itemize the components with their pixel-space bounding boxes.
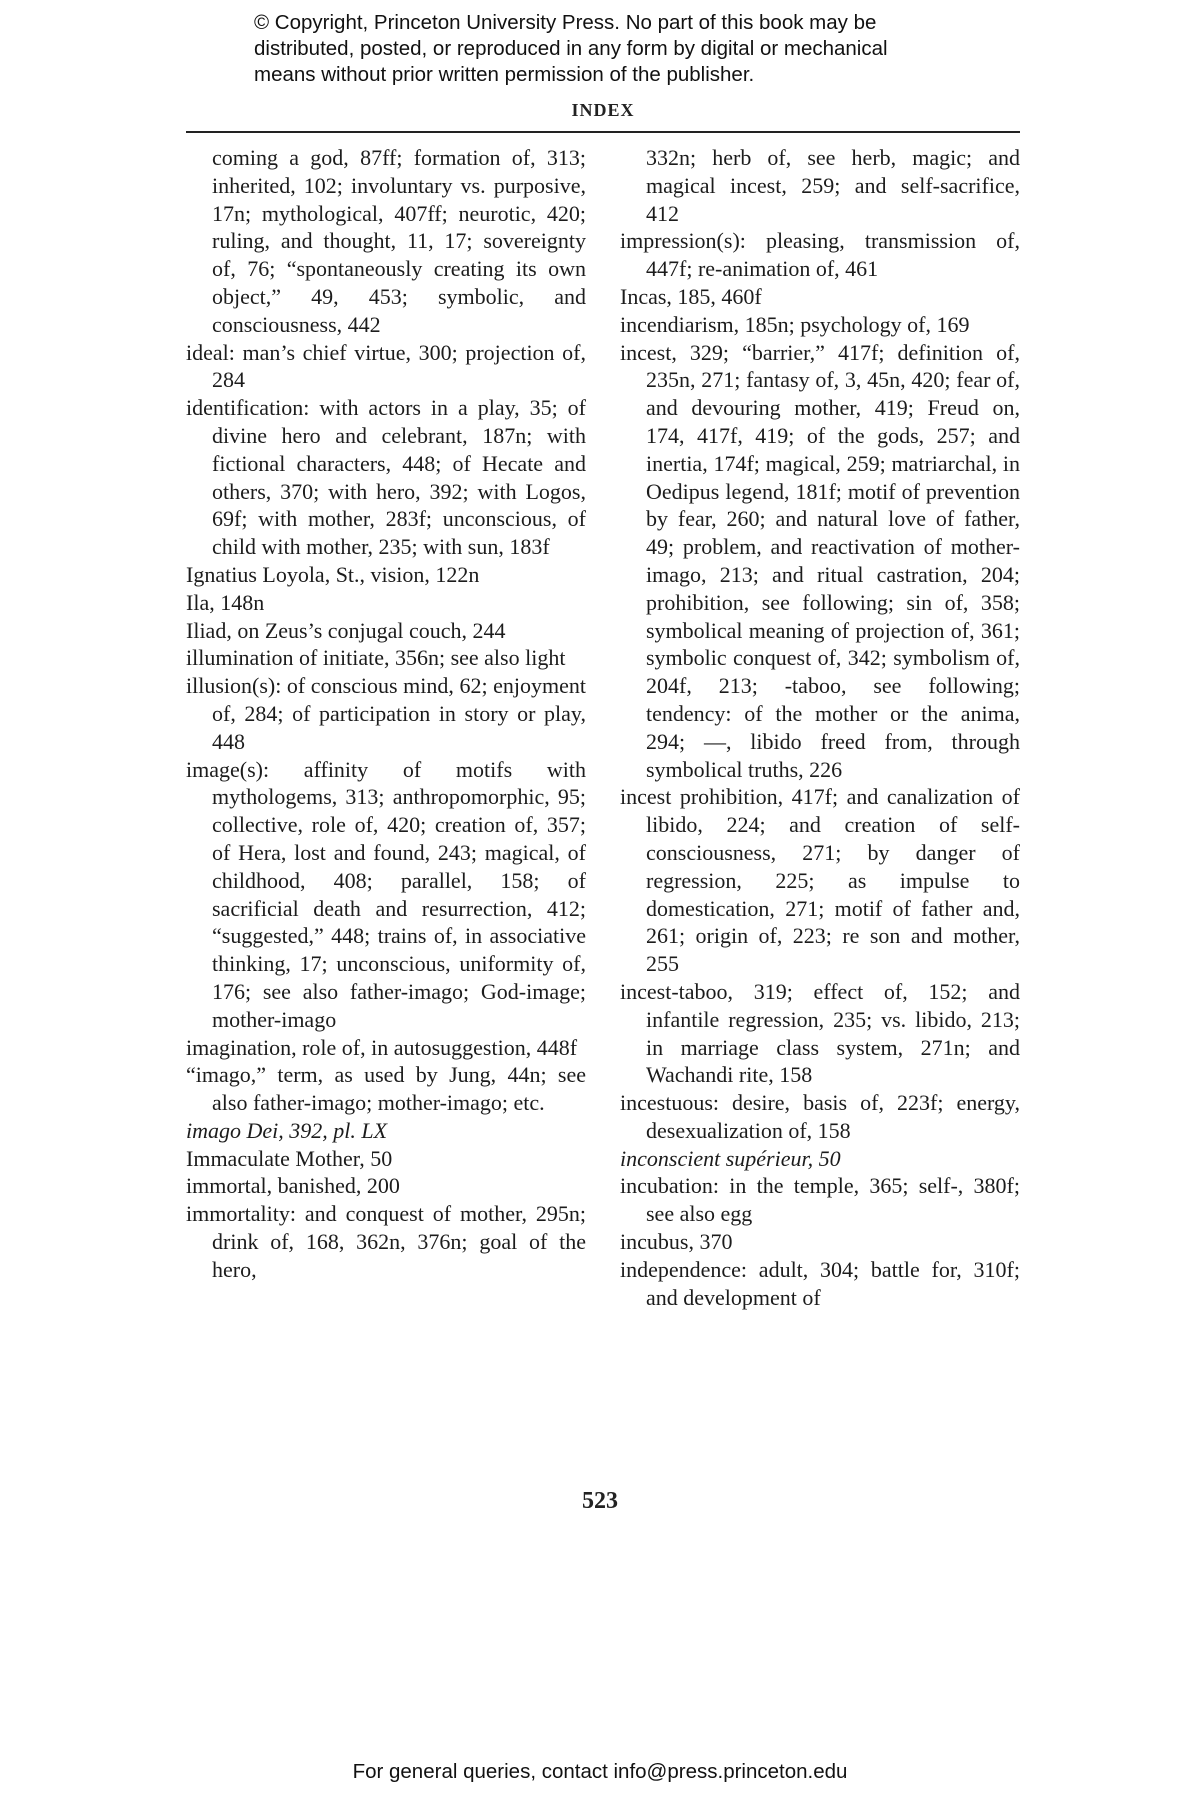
index-entry: independence: adult, 304; battle for, 31… <box>620 1256 1020 1312</box>
index-entry: “imago,” term, as used by Jung, 44n; see… <box>186 1061 586 1117</box>
page-number: 523 <box>0 1488 1200 1515</box>
index-entry: incest, 329; “barrier,” 417f; definition… <box>620 339 1020 784</box>
index-entry: incubation: in the temple, 365; self-, 3… <box>620 1172 1020 1228</box>
index-entry: illusion(s): of conscious mind, 62; enjo… <box>186 672 586 755</box>
index-entry: imago Dei, 392, pl. LX <box>186 1117 586 1145</box>
index-entry: image(s): affinity of motifs with mythol… <box>186 756 586 1034</box>
index-entry: incest prohibition, 417f; and canalizati… <box>620 783 1020 978</box>
index-entry: 332n; herb of, see herb, magic; and magi… <box>620 144 1020 227</box>
index-entry: impression(s): pleasing, transmission of… <box>620 227 1020 283</box>
index-entry: identification: with actors in a play, 3… <box>186 394 586 561</box>
copyright-notice: © Copyright, Princeton University Press.… <box>254 10 954 88</box>
running-head: INDEX <box>186 100 1020 121</box>
index-column-right: 332n; herb of, see herb, magic; and magi… <box>620 144 1020 1311</box>
index-entry: immortal, banished, 200 <box>186 1172 586 1200</box>
index-entry: Ila, 148n <box>186 589 586 617</box>
footer-contact: For general queries, contact info@press.… <box>0 1760 1200 1784</box>
index-entry: incendiarism, 185n; psychology of, 169 <box>620 311 1020 339</box>
header-rule <box>186 131 1020 133</box>
index-column-left: coming a god, 87ff; formation of, 313; i… <box>186 144 586 1284</box>
index-entry: coming a god, 87ff; formation of, 313; i… <box>186 144 586 339</box>
index-entry: incubus, 370 <box>620 1228 1020 1256</box>
index-entry: Immaculate Mother, 50 <box>186 1145 586 1173</box>
index-entry: Iliad, on Zeus’s conjugal couch, 244 <box>186 617 586 645</box>
index-entry: illumination of initiate, 356n; see also… <box>186 644 586 672</box>
index-entry: Ignatius Loyola, St., vision, 122n <box>186 561 586 589</box>
index-entry: immortality: and conquest of mother, 295… <box>186 1200 586 1283</box>
index-entry: incest-taboo, 319; effect of, 152; and i… <box>620 978 1020 1089</box>
index-entry: ideal: man’s chief virtue, 300; projecti… <box>186 339 586 395</box>
index-entry: incestuous: desire, basis of, 223f; ener… <box>620 1089 1020 1145</box>
index-entry: inconscient supérieur, 50 <box>620 1145 1020 1173</box>
index-entry: Incas, 185, 460f <box>620 283 1020 311</box>
index-entry: imagination, role of, in autosuggestion,… <box>186 1034 586 1062</box>
